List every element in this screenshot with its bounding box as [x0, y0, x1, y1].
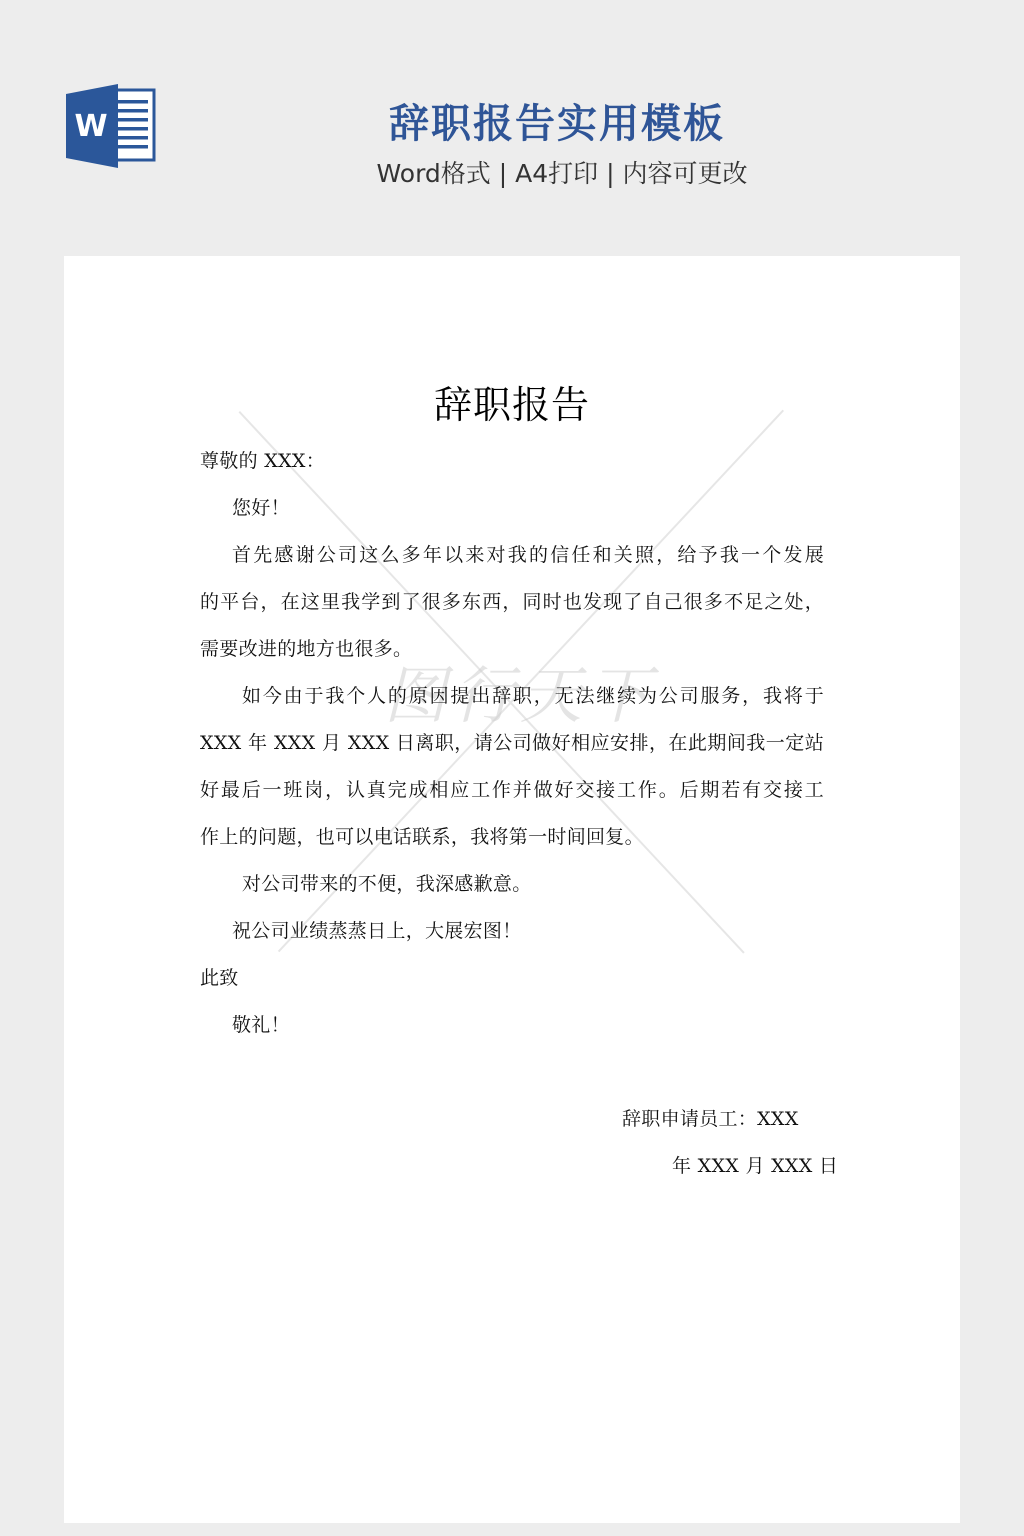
banner-title: 辞职报告实用模板	[0, 92, 1024, 149]
apology: 对公司带来的不便，我深感歉意。	[242, 869, 532, 896]
paragraph2-line4: 作上的问题，也可以电话联系，我将第一时间回复。	[200, 822, 644, 849]
paragraph1-line2: 的平台，在这里我学到了很多东西，同时也发现了自己很多不足之处，	[200, 587, 824, 614]
salutation: 尊敬的 XXX：	[200, 446, 325, 473]
paragraph1-line1: 首先感谢公司这么多年以来对我的信任和关照，给予我一个发展	[232, 540, 824, 567]
paragraph2-line1: 如今由于我个人的原因提出辞职，无法继续为公司服务，我将于	[242, 681, 824, 708]
signature: 辞职申请员工：XXX	[622, 1104, 799, 1131]
closing-2: 敬礼！	[232, 1010, 290, 1037]
paragraph2-line3: 好最后一班岗，认真完成相应工作并做好交接工作。后期若有交接工	[200, 775, 824, 802]
signature-date: 年 XXX 月 XXX 日	[672, 1151, 838, 1178]
paragraph1-line3: 需要改进的地方也很多。	[200, 634, 412, 661]
banner-subtitle: Word格式 | A4打印 | 内容可更改	[0, 154, 1024, 190]
document-page: 图行天下 辞职报告 尊敬的 XXX： 您好！ 首先感谢公司这么多年以来对我的信任…	[64, 256, 960, 1523]
greeting: 您好！	[232, 493, 290, 520]
document-title: 辞职报告	[64, 374, 960, 429]
closing-1: 此致	[200, 963, 239, 990]
wishes: 祝公司业绩蒸蒸日上，大展宏图！	[232, 916, 522, 943]
paragraph2-line2: XXX 年 XXX 月 XXX 日离职，请公司做好相应安排，在此期间我一定站	[200, 728, 824, 755]
